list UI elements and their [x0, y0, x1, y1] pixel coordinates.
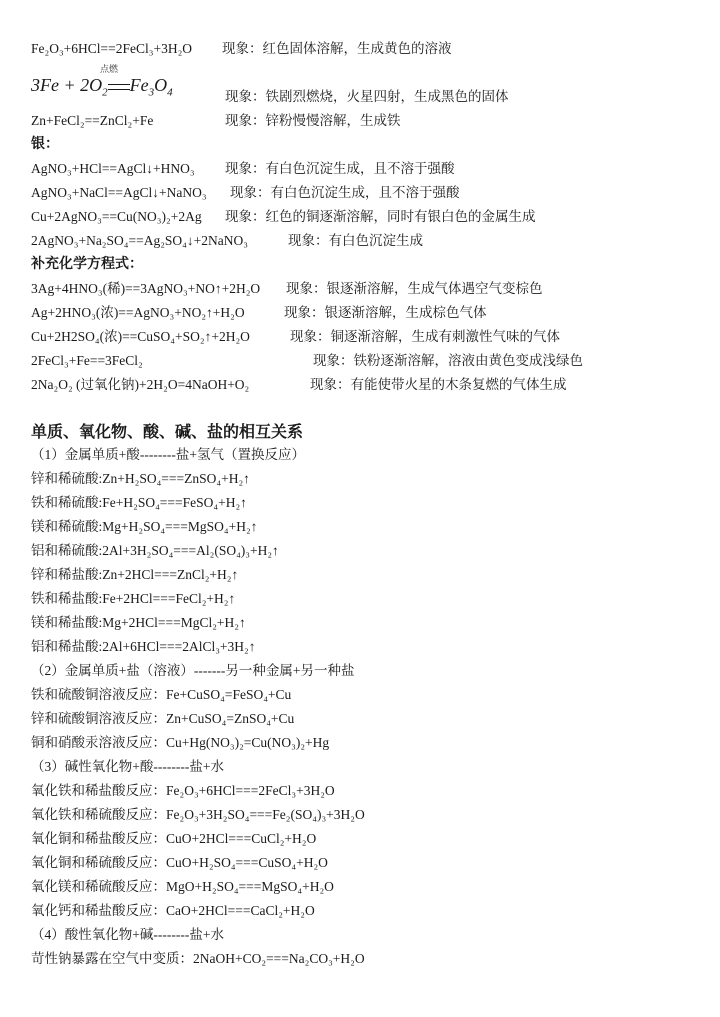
observation-silver-4: 现象：有白色沉淀生成: [288, 232, 423, 250]
relations-line: 铁和硫酸铜溶液反应：Fe+CuSO₄=FeSO₄+Cu: [31, 686, 291, 704]
relations-line: 锌和稀盐酸:Zn+2HCl===ZnCl₂+H₂↑: [31, 566, 238, 584]
relations-line: 锌和硫酸铜溶液反应：Zn+CuSO₄=ZnSO₄+Cu: [31, 710, 294, 728]
relations-line: （2）金属单质+盐（溶液）-------另一种金属+另一种盐: [31, 662, 354, 680]
relations-line: 铁和稀盐酸:Fe+2HCl===FeCl₂+H₂↑: [31, 590, 235, 608]
equation-silver-1: AgNO₃+HCl==AgCl↓+HNO₃: [31, 160, 195, 178]
relations-line: 铁和稀硫酸:Fe+H₂SO₄===FeSO₄+H₂↑: [31, 494, 247, 512]
observation-silver-2: 现象：有白色沉淀生成，且不溶于强酸: [230, 184, 460, 202]
equation-zn-fecl2: Zn+FeCl₂==ZnCl₂+Fe: [31, 112, 153, 130]
double-equals: [108, 82, 130, 92]
relations-line: 氧化铁和稀硫酸反应：Fe₂O₃+3H₂SO₄===Fe₂(SO₄)₃+3H₂O: [31, 806, 365, 824]
observation-fe-o2: 现象：铁剧烈燃烧，火星四射，生成黑色的固体: [225, 88, 509, 106]
relations-line: 镁和稀盐酸:Mg+2HCl===MgCl₂+H₂↑: [31, 614, 246, 632]
observation-silver-1: 现象：有白色沉淀生成，且不溶于强酸: [225, 160, 455, 178]
relations-title: 单质、氧化物、酸、碱、盐的相互关系: [31, 423, 303, 443]
observation-supp-2: 现象：银逐渐溶解，生成棕色气体: [284, 304, 487, 322]
equation-supp-4: 2FeCl₃+Fe==3FeCl₂: [31, 352, 143, 370]
supplement-heading: 补充化学方程式：: [31, 256, 143, 274]
equation-fe-o2: 3Fe + 2O2Fe3O4: [31, 74, 173, 104]
relations-line: 氧化铜和稀盐酸反应：CuO+2HCl===CuCl₂+H₂O: [31, 830, 316, 848]
observation-silver-3: 现象：红色的铜逐渐溶解，同时有银白色的金属生成: [225, 208, 536, 226]
equation-silver-4: 2AgNO₃+Na₂SO₄==Ag₂SO₄↓+2NaNO₃: [31, 232, 248, 250]
relations-line: 铝和稀盐酸:2Al+6HCl===2AlCl₃+3H₂↑: [31, 638, 256, 656]
equation-supp-3: Cu+2H2SO₄(浓)==CuSO₄+SO₂↑+2H₂O: [31, 328, 250, 346]
relations-line: （1）金属单质+酸--------盐+氢气（置换反应）: [31, 446, 305, 464]
relations-line: 氧化镁和稀硫酸反应：MgO+H₂SO₄===MgSO₄+H₂O: [31, 878, 334, 896]
equation-supp-1: 3Ag+4HNO₃(稀)==3AgNO₃+NO↑+2H₂O: [31, 280, 260, 298]
equation-supp-5: 2Na₂O₂ (过氧化钠)+2H₂O=4NaOH+O₂: [31, 376, 249, 394]
relations-line: 铝和稀硫酸:2Al+3H₂SO₄===Al₂(SO₄)₃+H₂↑: [31, 542, 279, 560]
equation-supp-2: Ag+2HNO₃(浓)==AgNO₃+NO₂↑+H₂O: [31, 304, 245, 322]
observation-supp-1: 现象：银逐渐溶解，生成气体遇空气变棕色: [286, 280, 543, 298]
observation-zn-fecl2: 现象：锌粉慢慢溶解，生成铁: [225, 112, 401, 130]
relations-line: 氧化铜和稀硫酸反应：CuO+H₂SO₄===CuSO₄+H₂O: [31, 854, 328, 872]
observation-supp-3: 现象：铜逐渐溶解，生成有刺激性气味的气体: [290, 328, 560, 346]
relations-line: 氧化铁和稀盐酸反应：Fe₂O₃+6HCl===2FeCl₃+3H₂O: [31, 782, 335, 800]
relations-line: 镁和稀硫酸:Mg+H₂SO₄===MgSO₄+H₂↑: [31, 518, 257, 536]
equation-silver-2: AgNO₃+NaCl==AgCl↓+NaNO₃: [31, 184, 207, 202]
observation-supp-5: 现象：有能使带火星的木条复燃的气体生成: [310, 376, 567, 394]
silver-heading: 银：: [31, 136, 59, 154]
equation-silver-3: Cu+2AgNO₃==Cu(NO₃)₂+2Ag: [31, 208, 202, 226]
relations-line: （3）碱性氧化物+酸--------盐+水: [31, 758, 224, 776]
relations-line: 铜和硝酸汞溶液反应：Cu+Hg(NO₃)₂=Cu(NO₃)₂+Hg: [31, 734, 329, 752]
observation-fe2o3-hcl: 现象：红色固体溶解，生成黄色的溶液: [222, 40, 452, 58]
observation-supp-4: 现象：铁粉逐渐溶解，溶液由黄色变成浅绿色: [313, 352, 583, 370]
relations-line: 氧化钙和稀盐酸反应：CaO+2HCl===CaCl₂+H₂O: [31, 902, 315, 920]
relations-line: 苛性钠暴露在空气中变质：2NaOH+CO₂===Na₂CO₃+H₂O: [31, 950, 365, 968]
equation-fe2o3-hcl: Fe₂O₃+6HCl==2FeCl₃+3H₂O: [31, 40, 192, 58]
relations-line: （4）酸性氧化物+碱--------盐+水: [31, 926, 224, 944]
relations-line: 锌和稀硫酸:Zn+H₂SO₄===ZnSO₄+H₂↑: [31, 470, 250, 488]
